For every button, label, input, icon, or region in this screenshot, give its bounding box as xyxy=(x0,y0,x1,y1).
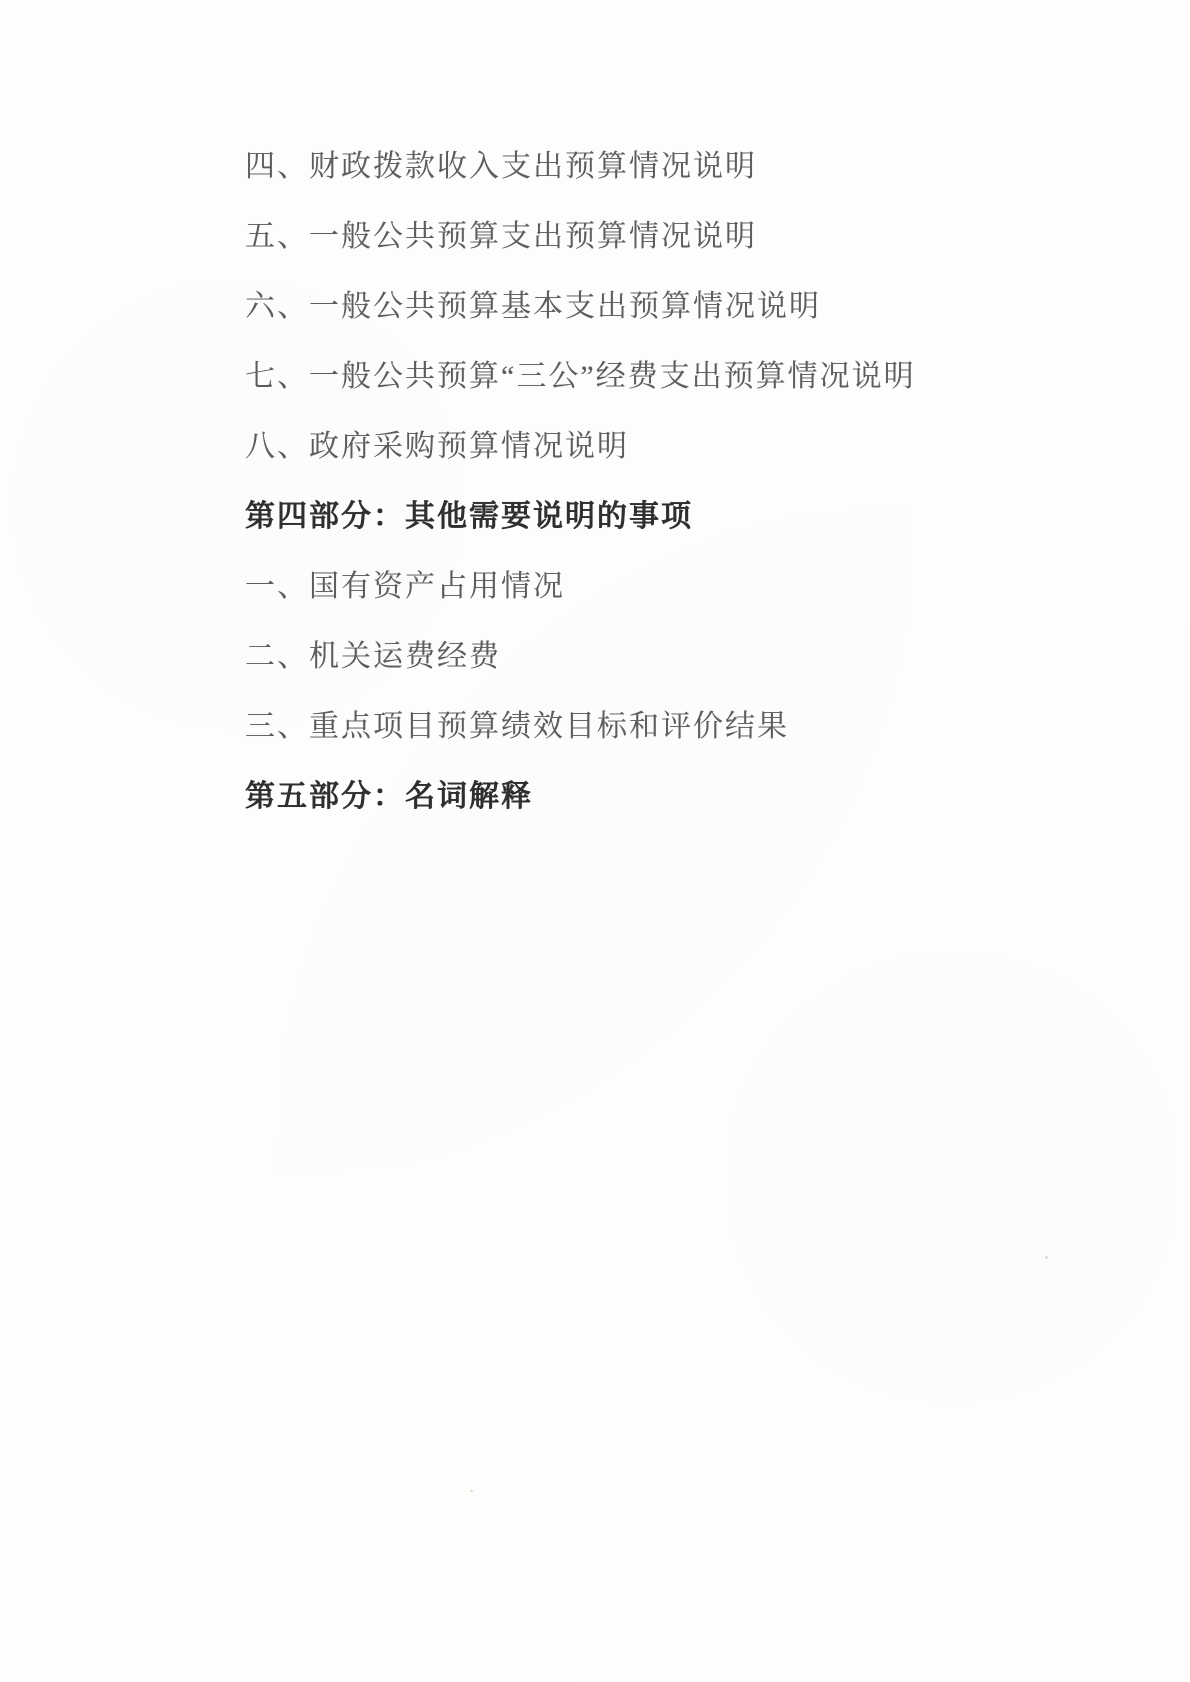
section-heading: 第四部分：其他需要说明的事项 xyxy=(245,482,1130,552)
section-heading: 第五部分：名词解释 xyxy=(245,762,1130,832)
toc-item: 二、机关运费经费 xyxy=(245,622,1130,692)
document-page: 四、财政拨款收入支出预算情况说明 五、一般公共预算支出预算情况说明 六、一般公共… xyxy=(0,0,1190,1682)
table-of-contents: 四、财政拨款收入支出预算情况说明 五、一般公共预算支出预算情况说明 六、一般公共… xyxy=(245,132,1130,832)
toc-item: 五、一般公共预算支出预算情况说明 xyxy=(245,202,1130,272)
scan-speck xyxy=(470,1490,473,1492)
toc-item: 七、一般公共预算“三公”经费支出预算情况说明 xyxy=(245,342,1130,412)
toc-item: 六、一般公共预算基本支出预算情况说明 xyxy=(245,272,1130,342)
toc-item: 四、财政拨款收入支出预算情况说明 xyxy=(245,132,1130,202)
scan-speck xyxy=(1045,1256,1048,1259)
toc-item: 一、国有资产占用情况 xyxy=(245,552,1130,622)
toc-item: 三、重点项目预算绩效目标和评价结果 xyxy=(245,692,1130,762)
toc-item: 八、政府采购预算情况说明 xyxy=(245,412,1130,482)
